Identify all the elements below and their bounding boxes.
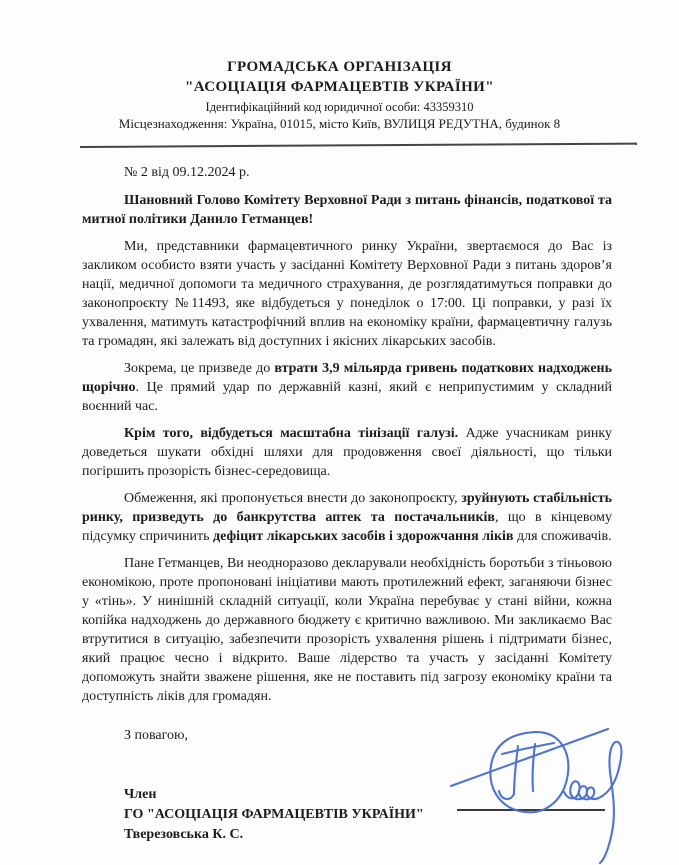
paragraph-call-to-action: Пане Гетманцев, Ви неодноразово декларув…: [82, 554, 612, 706]
org-address-line: Місцезнаходження: Україна, 01015, місто …: [0, 115, 679, 132]
paragraph-appeal: Ми, представники фармацевтичного ринку У…: [82, 237, 612, 351]
reference-number-line: № 2 від 09.12.2024 р.: [82, 163, 612, 182]
paragraph-run-bold: дефіцит лікарських засобів і здорожчання…: [213, 529, 513, 544]
salutation: Шановний Голово Комітету Верховної Ради …: [82, 191, 612, 229]
paragraph-tax-losses: Зокрема, це призведе до втрати 3,9 мілья…: [82, 359, 612, 416]
org-id-line: Ідентифікаційний код юридичної особи: 43…: [0, 99, 679, 115]
paragraph-run: Обмеження, які пропонується внести до за…: [124, 491, 461, 506]
letterhead: ГРОМАДСЬКА ОРГАНІЗАЦІЯ "АСОЦІАЦІЯ ФАРМАЦ…: [0, 0, 679, 132]
paragraph-run: Зокрема, це призведе до: [124, 361, 274, 376]
handwritten-signature-icon: [448, 720, 679, 865]
org-name-line: "АСОЦІАЦІЯ ФАРМАЦЕВТІВ УКРАЇНИ": [0, 77, 679, 97]
org-type-line: ГРОМАДСЬКА ОРГАНІЗАЦІЯ: [0, 57, 679, 77]
letter-page: ГРОМАДСЬКА ОРГАНІЗАЦІЯ "АСОЦІАЦІЯ ФАРМАЦ…: [0, 0, 679, 865]
paragraph-run: для споживачів.: [513, 529, 611, 544]
paragraph-shadow-economy: Крім того, відбудеться масштабна тінізац…: [82, 424, 612, 481]
paragraph-run: . Це прямий удар по державній казні, яки…: [82, 380, 612, 414]
paragraph-run-bold: Крім того, відбудеться масштабна тінізац…: [124, 426, 458, 441]
paragraph-restrictions: Обмеження, які пропонується внести до за…: [82, 489, 612, 546]
header-separator-line: [80, 143, 637, 148]
